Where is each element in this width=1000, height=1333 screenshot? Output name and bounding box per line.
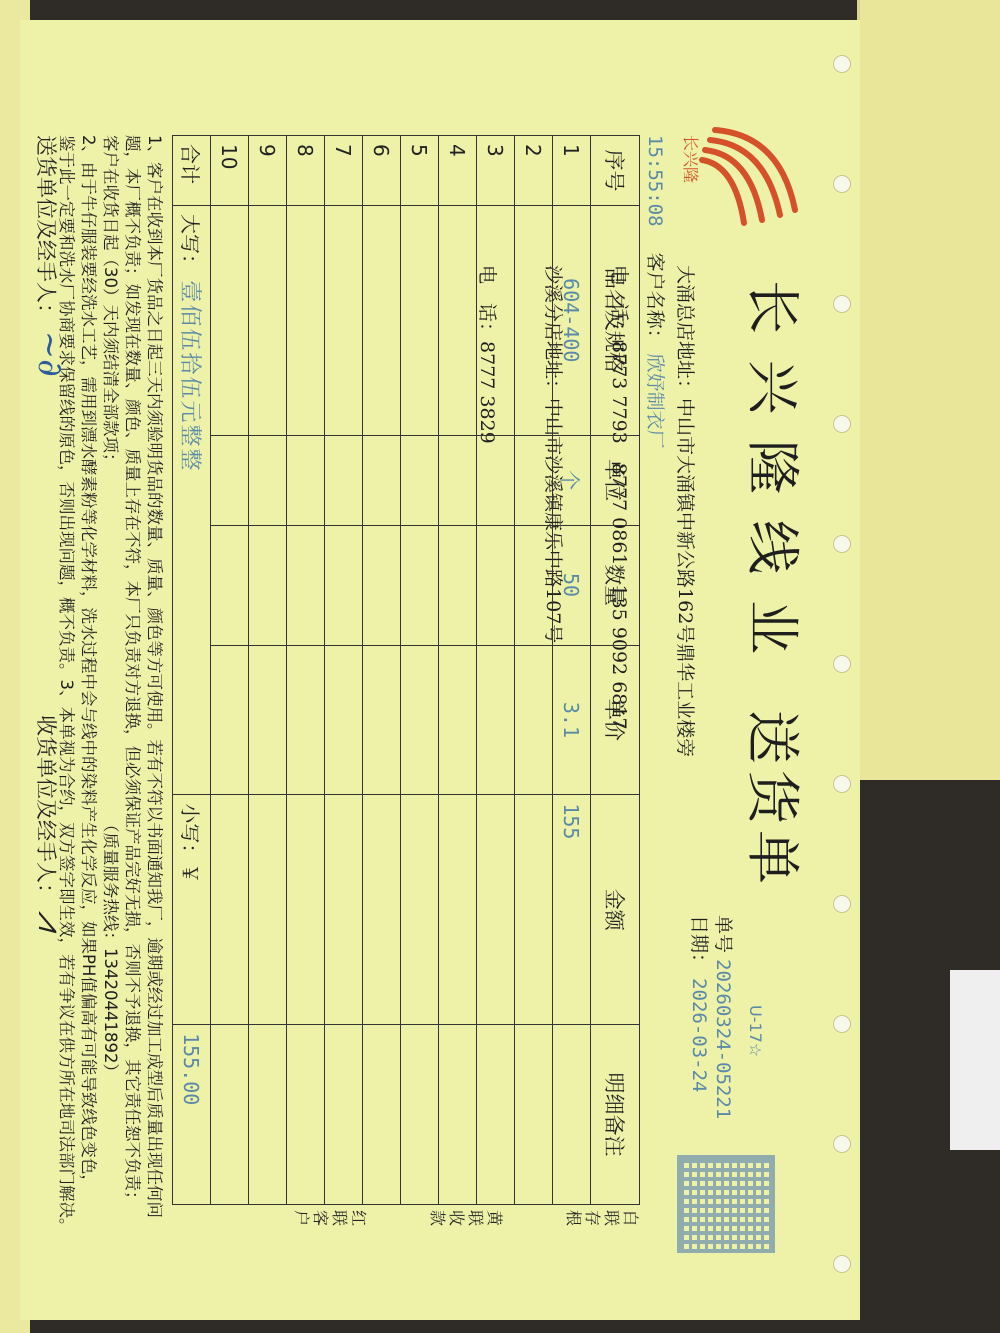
row-unit: 个 xyxy=(553,435,591,525)
term-1-cont: 客户在收货日起（30）天内须结清全部款项； （质量服务热线：1342044189… xyxy=(99,135,121,1245)
header-price: 单价 xyxy=(591,645,640,795)
table-row: 1 604-400 个 50 3.1 155 xyxy=(553,136,591,1205)
background-white-paper xyxy=(950,970,1000,1150)
header-no: 序号 xyxy=(591,136,640,206)
amount-figures-label: 小写：￥ xyxy=(173,795,211,1025)
feed-hole xyxy=(833,55,851,73)
row-no: 9 xyxy=(249,136,287,206)
row-no: 5 xyxy=(401,136,439,206)
table-row: 5 xyxy=(401,136,439,1205)
items-table: 序号 品名及规格 单位 数量 单价 金额 明细备注 1 604-400 个 50… xyxy=(172,135,640,1205)
table-row: 8 xyxy=(287,136,325,1205)
order-meta: 单号 20260324-05221 日期： 2026-03-24 xyxy=(687,915,735,1119)
receiver-signature: 收货单位及经手人： ⩘ xyxy=(30,715,70,930)
customer-line: 15:55:08 客户名称： 欣妤制衣厂 xyxy=(643,135,670,449)
term-2: 2、由于牛仔服装要经洗水工艺，需用到漂水酵素粉等化学材料，洗水过程中会与线中的染… xyxy=(77,135,99,1245)
table-header-row: 序号 品名及规格 单位 数量 单价 金额 明细备注 xyxy=(591,136,640,1205)
row-no: 8 xyxy=(287,136,325,206)
form-header: 长兴隆 长兴隆线业送货单 大涌总店地址：中山市大涌镇中新公路162号鼎华工业楼旁… xyxy=(665,115,815,1265)
date-label: 日期： xyxy=(688,915,710,972)
document-type: 送货单 xyxy=(741,710,804,890)
feed-hole xyxy=(833,415,851,433)
table-row: 3 xyxy=(477,136,515,1205)
row-no: 10 xyxy=(211,136,249,206)
sender-label: 送货单位及经手人： xyxy=(34,135,58,324)
header-unit: 单位 xyxy=(591,435,640,525)
company-logo: 长兴隆 xyxy=(680,115,810,235)
company-name: 长兴隆线业 xyxy=(741,280,804,680)
feed-hole xyxy=(833,295,851,313)
header-qty: 数量 xyxy=(591,525,640,645)
header-amount: 金额 xyxy=(591,795,640,1025)
copy-red: 红联客户 xyxy=(292,1210,368,1238)
document-title: 长兴隆线业送货单 xyxy=(738,280,815,890)
tractor-feed-holes xyxy=(831,15,851,1305)
print-time: 15:55:08 xyxy=(644,135,666,227)
feed-hole xyxy=(833,1015,851,1033)
row-qty: 50 xyxy=(553,525,591,645)
copy-white: 白联存根 xyxy=(564,1210,640,1238)
row-no: 2 xyxy=(515,136,553,206)
header-item: 品名及规格 xyxy=(591,205,640,435)
row-no: 3 xyxy=(477,136,515,206)
row-no: 6 xyxy=(363,136,401,206)
row-note xyxy=(553,1025,591,1205)
receiver-signature-mark: ⩘ xyxy=(30,911,70,930)
copy-yellow: 黄联收款 xyxy=(428,1210,504,1238)
row-no: 7 xyxy=(325,136,363,206)
table-row: 6 xyxy=(363,136,401,1205)
feed-hole xyxy=(833,175,851,193)
feed-hole xyxy=(833,775,851,793)
header-note: 明细备注 xyxy=(591,1025,640,1205)
table-row: 9 xyxy=(249,136,287,1205)
form-code-mark: U-17☆ xyxy=(746,1005,765,1057)
amount-figures-value: 155.00 xyxy=(173,1025,211,1205)
total-row: 合计 大写： 壹佰伍拾伍元整整 小写：￥ 155.00 xyxy=(173,136,211,1205)
feed-hole xyxy=(833,655,851,673)
svg-text:长兴隆: 长兴隆 xyxy=(681,135,700,183)
receiver-label: 收货单位及经手人： xyxy=(34,715,58,904)
amount-words-label: 大写： xyxy=(178,214,202,274)
feed-hole xyxy=(833,535,851,553)
total-label: 合计 xyxy=(173,136,211,206)
row-amount: 155 xyxy=(553,795,591,1025)
sender-signature-mark: ~∂ xyxy=(30,331,70,377)
customer-label: 客户名称： xyxy=(644,253,666,348)
background-paper-stack xyxy=(857,0,1000,780)
qr-code-icon xyxy=(677,1155,775,1253)
order-no-label: 单号 xyxy=(712,915,734,953)
order-date: 2026-03-24 xyxy=(688,978,710,1092)
table-row: 7 xyxy=(325,136,363,1205)
row-no: 4 xyxy=(439,136,477,206)
copy-labels: 白联存根 黄联收款 红联客户 xyxy=(232,1210,640,1238)
delivery-note-form: 长兴隆 长兴隆线业送货单 大涌总店地址：中山市大涌镇中新公路162号鼎华工业楼旁… xyxy=(25,15,855,1305)
hq-address: 中山市大涌镇中新公路162号鼎华工业楼旁 xyxy=(674,398,696,757)
term-1: 1、客户在收到本厂货品之日起三天内须验明货品的数量、质量、颜色等方可使用。若有不… xyxy=(121,135,165,1245)
sender-signature: 送货单位及经手人： ~∂ xyxy=(30,135,70,377)
row-no: 1 xyxy=(553,136,591,206)
order-no: 20260324-05221 xyxy=(712,959,734,1119)
feed-hole xyxy=(833,1135,851,1153)
amount-words-value: 壹佰伍拾伍元整整 xyxy=(177,280,202,472)
table-row: 2 xyxy=(515,136,553,1205)
hq-address-label: 大涌总店地址： xyxy=(674,265,696,398)
phoenix-logo-icon: 长兴隆 xyxy=(680,115,810,235)
terms-text: 1、客户在收到本厂货品之日起三天内须验明货品的数量、质量、颜色等方可使用。若有不… xyxy=(55,135,165,1245)
table-row: 10 xyxy=(211,136,249,1205)
row-item: 604-400 xyxy=(553,205,591,435)
feed-hole xyxy=(833,1255,851,1273)
table-row: 4 xyxy=(439,136,477,1205)
feed-hole xyxy=(833,895,851,913)
customer-name: 欣妤制衣厂 xyxy=(644,354,666,449)
row-price: 3.1 xyxy=(553,645,591,795)
